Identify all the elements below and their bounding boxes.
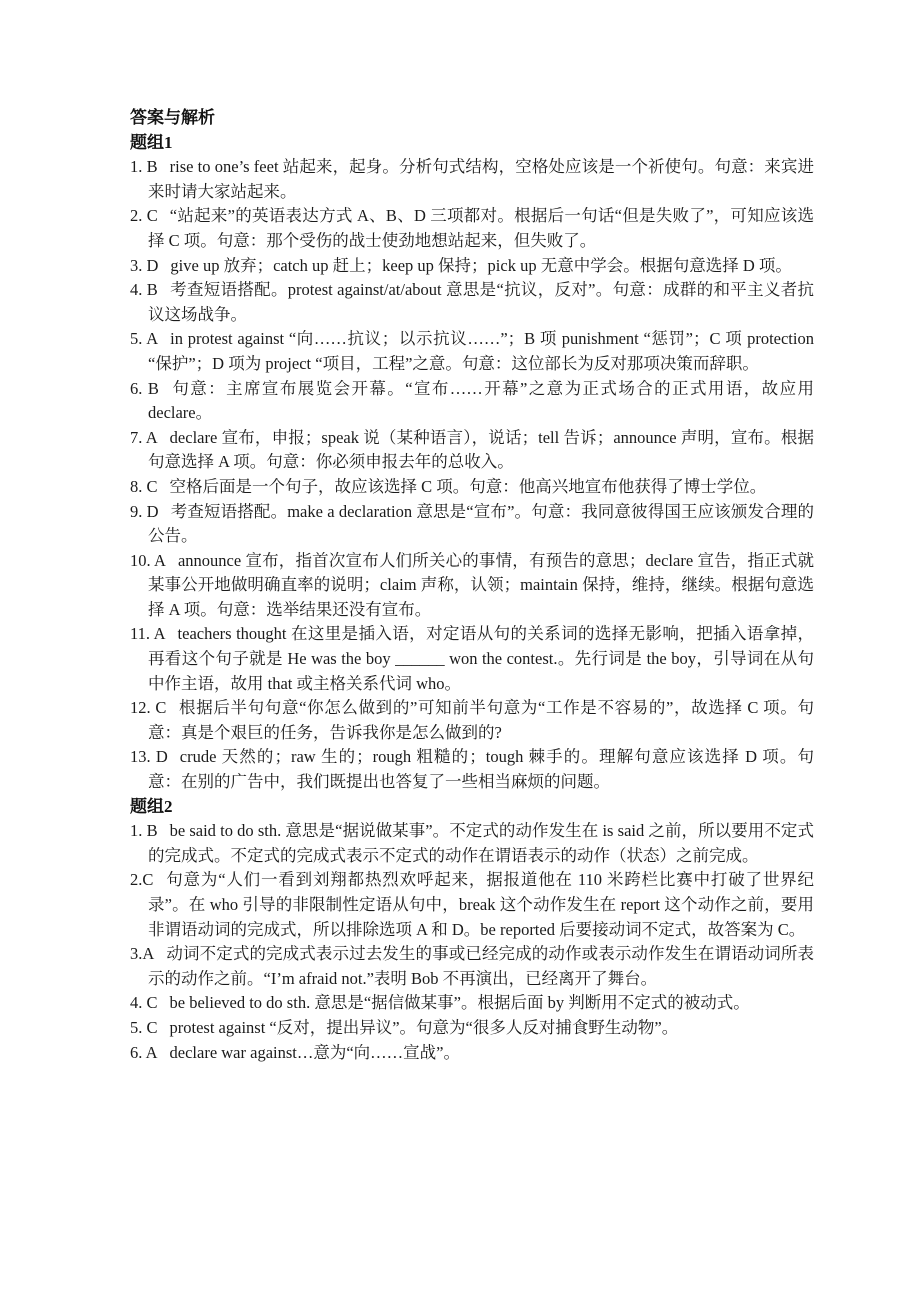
item-explanation: in protest against “向……抗议；以示抗议……”；B 项 pu… — [148, 329, 814, 373]
item-number-answer: 5. A — [130, 329, 158, 348]
answer-item-g2-2: 2.C句意为“人们一看到刘翔都热烈欢呼起来，据报道他在 110 米跨栏比赛中打破… — [130, 868, 814, 942]
item-number-answer: 9. D — [130, 502, 159, 521]
item-explanation: declare war against…意为“向……宣战”。 — [170, 1043, 461, 1062]
item-explanation: 根据后半句句意“你怎么做到的”可知前半句意为“工作是不容易的”，故选择 C 项。… — [148, 698, 814, 742]
answer-item-g1-2: 2. C“站起来”的英语表达方式 A、B、D 三项都对。根据后一句话“但是失败了… — [130, 204, 814, 253]
item-explanation: rise to one’s feet 站起来，起身。分析句式结构，空格处应该是一… — [148, 157, 814, 201]
item-number-answer: 2. C — [130, 206, 158, 225]
item-number-answer: 12. C — [130, 698, 166, 717]
answer-item-g2-6: 6. Adeclare war against…意为“向……宣战”。 — [130, 1041, 814, 1066]
answer-item-g1-6: 6. B句意：主席宣布展览会开幕。“宣布……开幕”之意为正式场合的正式用语，故应… — [130, 377, 814, 426]
item-explanation: announce 宣布，指首次宣布人们所关心的事情，有预告的意思；declare… — [148, 551, 814, 619]
item-number-answer: 4. C — [130, 993, 158, 1012]
item-number-answer: 6. A — [130, 1043, 158, 1062]
item-number-answer: 7. A — [130, 428, 158, 447]
answer-item-g2-4: 4. Cbe believed to do sth. 意思是“据信做某事”。根据… — [130, 991, 814, 1016]
group-heading-2: 题组2 — [130, 795, 814, 820]
item-number-answer: 3. D — [130, 256, 158, 275]
item-number-answer: 8. C — [130, 477, 158, 496]
item-explanation: 动词不定式的完成式表示过去发生的事或已经完成的动作或表示动作发生在谓语动词所表示… — [148, 944, 814, 988]
item-number-answer: 3.A — [130, 944, 154, 963]
item-number-answer: 10. A — [130, 551, 166, 570]
item-explanation: be said to do sth. 意思是“据说做某事”。不定式的动作发生在 … — [148, 821, 814, 865]
answer-item-g1-7: 7. Adeclare 宣布，申报；speak 说（某种语言），说话；tell … — [130, 426, 814, 475]
page-title: 答案与解析 — [130, 106, 814, 131]
item-number-answer: 1. B — [130, 821, 158, 840]
answer-item-g1-5: 5. Ain protest against “向……抗议；以示抗议……”；B … — [130, 327, 814, 376]
answer-item-g1-4: 4. B考查短语搭配。protest against/at/about 意思是“… — [130, 278, 814, 327]
item-explanation: 句意：主席宣布展览会开幕。“宣布……开幕”之意为正式场合的正式用语，故应用 de… — [148, 379, 814, 423]
answer-item-g2-1: 1. Bbe said to do sth. 意思是“据说做某事”。不定式的动作… — [130, 819, 814, 868]
document-page: 答案与解析 题组1 1. Brise to one’s feet 站起来，起身。… — [0, 0, 920, 1302]
item-explanation: “站起来”的英语表达方式 A、B、D 三项都对。根据后一句话“但是失败了”，可知… — [148, 206, 814, 250]
answer-item-g1-11: 11. Ateachers thought 在这里是插入语，对定语从句的关系词的… — [130, 622, 814, 696]
item-explanation: protest against “反对，提出异议”。句意为“很多人反对捕食野生动… — [170, 1018, 679, 1037]
item-number-answer: 2.C — [130, 870, 153, 889]
answer-item-g1-3: 3. Dgive up 放弃；catch up 赶上；keep up 保持；pi… — [130, 254, 814, 279]
answer-item-g2-3: 3.A动词不定式的完成式表示过去发生的事或已经完成的动作或表示动作发生在谓语动词… — [130, 942, 814, 991]
answer-item-g1-13: 13. Dcrude 天然的；raw 生的；rough 粗糙的；tough 棘手… — [130, 745, 814, 794]
item-explanation: declare 宣布，申报；speak 说（某种语言），说话；tell 告诉；a… — [148, 428, 814, 472]
item-number-answer: 5. C — [130, 1018, 158, 1037]
item-number-answer: 6. B — [130, 379, 159, 398]
item-number-answer: 4. B — [130, 280, 158, 299]
answer-item-g1-9: 9. D考查短语搭配。make a declaration 意思是“宣布”。句意… — [130, 500, 814, 549]
answer-item-g1-10: 10. Aannounce 宣布，指首次宣布人们所关心的事情，有预告的意思；de… — [130, 549, 814, 623]
item-explanation: give up 放弃；catch up 赶上；keep up 保持；pick u… — [170, 256, 791, 275]
item-explanation: 考查短语搭配。protest against/at/about 意思是“抗议，反… — [148, 280, 814, 324]
item-explanation: 考查短语搭配。make a declaration 意思是“宣布”。句意：我同意… — [148, 502, 814, 546]
item-explanation: 空格后面是一个句子，故应该选择 C 项。句意：他高兴地宣布他获得了博士学位。 — [170, 477, 767, 496]
answer-item-g2-5: 5. Cprotest against “反对，提出异议”。句意为“很多人反对捕… — [130, 1016, 814, 1041]
item-explanation: 句意为“人们一看到刘翔都热烈欢呼起来，据报道他在 110 米跨栏比赛中打破了世界… — [148, 870, 814, 938]
answer-item-g1-8: 8. C空格后面是一个句子，故应该选择 C 项。句意：他高兴地宣布他获得了博士学… — [130, 475, 814, 500]
item-number-answer: 11. A — [130, 624, 166, 643]
answer-item-g1-12: 12. C根据后半句句意“你怎么做到的”可知前半句意为“工作是不容易的”，故选择… — [130, 696, 814, 745]
item-number-answer: 13. D — [130, 747, 168, 766]
answer-item-g1-1: 1. Brise to one’s feet 站起来，起身。分析句式结构，空格处… — [130, 155, 814, 204]
item-explanation: be believed to do sth. 意思是“据信做某事”。根据后面 b… — [170, 993, 750, 1012]
item-explanation: teachers thought 在这里是插入语，对定语从句的关系词的选择无影响… — [148, 624, 814, 692]
group-heading-1: 题组1 — [130, 131, 814, 156]
item-number-answer: 1. B — [130, 157, 158, 176]
item-explanation: crude 天然的；raw 生的；rough 粗糙的；tough 棘手的。理解句… — [148, 747, 814, 791]
